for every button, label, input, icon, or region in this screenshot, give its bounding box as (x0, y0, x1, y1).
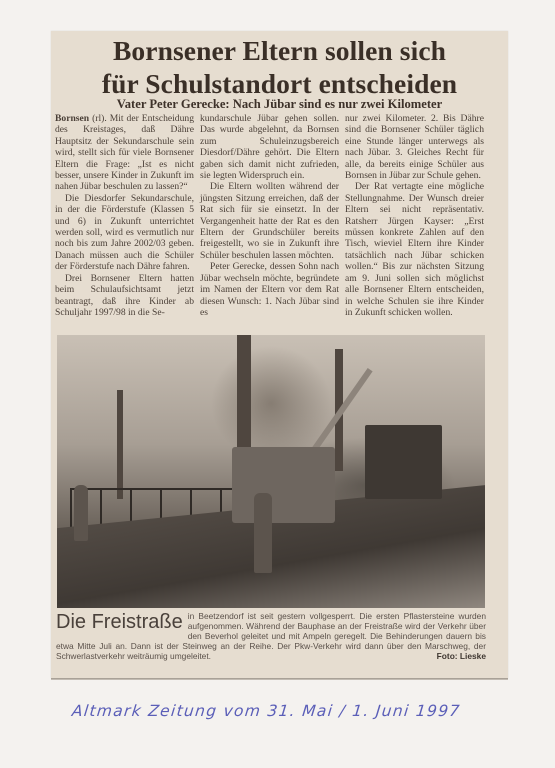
photo-caption: Die Freistraße in Beetzendorf ist seit g… (56, 611, 486, 661)
headline-line-2: für Schulstandort entscheiden (51, 67, 508, 100)
paragraph: kundarschule Jübar gehen sollen. Das wur… (200, 113, 339, 181)
paragraph: Die Eltern wollten während der jüngsten … (200, 181, 339, 261)
article-column-1: Bornsen (rl). Mit der Entscheidung des K… (55, 113, 194, 333)
caption-title: Die Freistraße (56, 611, 183, 633)
dateline: Bornsen (55, 113, 89, 124)
article-body: Bornsen (rl). Mit der Entscheidung des K… (55, 113, 485, 333)
paragraph: Der Rat vertagte eine mögliche Stellungn… (345, 181, 484, 318)
article-headline: Bornsener Eltern sollen sich für Schulst… (51, 34, 508, 100)
paragraph: Bornsen (rl). Mit der Entscheidung des K… (55, 113, 194, 193)
tree-trunk (117, 390, 123, 499)
paragraph: Die Diesdorfer Sekundarschule, in der di… (55, 193, 194, 273)
handwritten-source-note: Altmark Zeitung vom 31. Mai / 1. Juni 19… (71, 702, 493, 720)
worker (74, 485, 88, 541)
dump-truck (365, 425, 442, 499)
article-subhead: Vater Peter Gerecke: Nach Jübar sind es … (51, 97, 508, 111)
paragraph: Peter Gerecke, dessen Sohn nach Jübar we… (200, 261, 339, 318)
excavator (232, 447, 335, 523)
news-photo (57, 335, 485, 608)
worker (254, 493, 272, 573)
paragraph: Drei Bornsener Eltern hatten beim Schula… (55, 273, 194, 319)
photo-credit: Foto: Lieske (437, 651, 486, 661)
paragraph: nur zwei Kilometer. 2. Bis Dähre sind di… (345, 113, 484, 181)
newspaper-clipping: Bornsener Eltern sollen sich für Schulst… (51, 31, 508, 678)
article-column-2: kundarschule Jübar gehen sollen. Das wur… (200, 113, 339, 333)
headline-line-1: Bornsener Eltern sollen sich (51, 34, 508, 67)
article-column-3: nur zwei Kilometer. 2. Bis Dähre sind di… (345, 113, 484, 333)
